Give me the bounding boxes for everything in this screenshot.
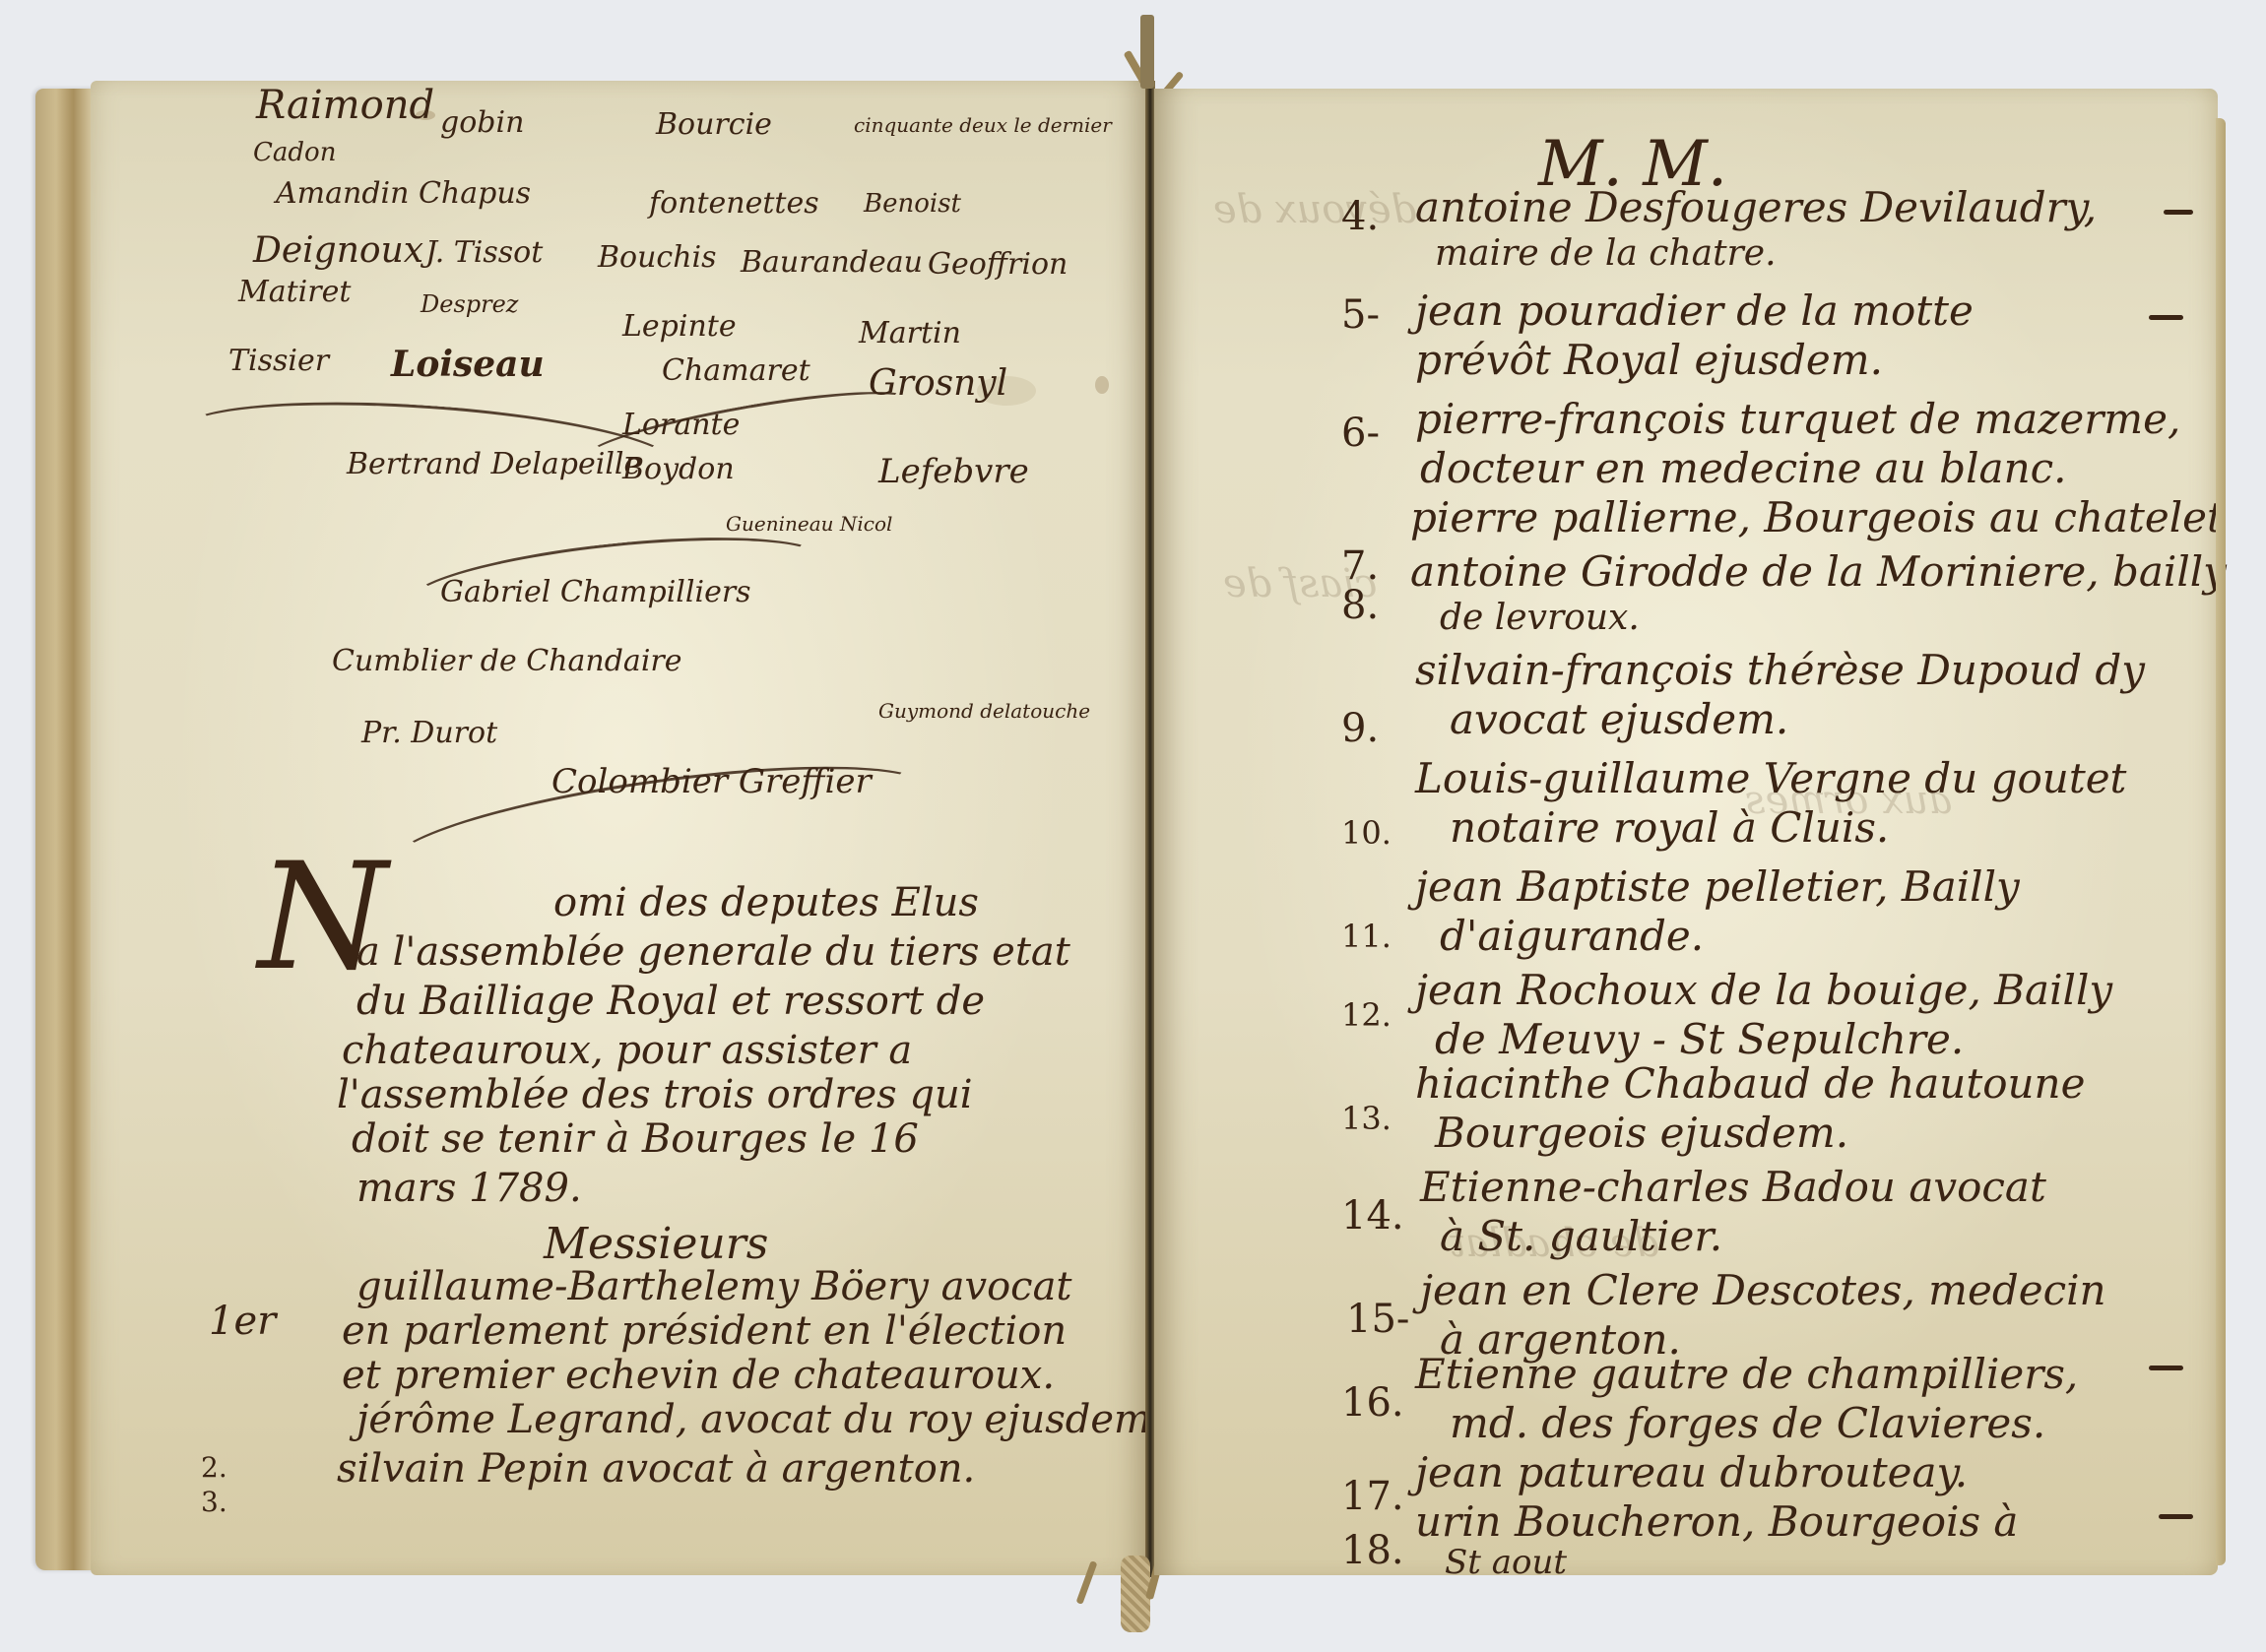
signature: Tissier (228, 347, 329, 376)
signature: Baurandeau (741, 248, 923, 278)
signature: cinquante deux le dernier (854, 115, 1112, 135)
signature: Bouchis (598, 243, 717, 273)
entry-number: 8. (1341, 586, 1379, 625)
signature: Pr. Durot (361, 719, 497, 748)
entry-line: jean pouradier de la motte (1415, 290, 1974, 332)
signature: Cumblier de Chandaire (332, 647, 682, 676)
entry-number: 10. (1341, 817, 1392, 849)
signature: J. Tissot (425, 238, 543, 268)
entry-number: 5- (1341, 295, 1380, 335)
entry-number: 12. (1341, 999, 1392, 1031)
signature: Guenineau Nicol (726, 514, 892, 534)
entry-line: de levroux. (1440, 601, 1640, 636)
entry-line: pierre pallierne, Bourgeois au chatelet (1410, 497, 2224, 539)
entry-line: de Meuvy - St Sepulchre. (1435, 1019, 1964, 1060)
signature: Desprez (421, 292, 518, 316)
signature: Lefebvre (878, 455, 1029, 488)
signature: gobin (440, 108, 524, 138)
entry-line: avocat ejusdem. (1450, 699, 1788, 740)
entry-line: en parlement président en l'élection (342, 1311, 1067, 1351)
entry-line: maire de la chatre. (1435, 236, 1777, 272)
entry-number: 4. (1341, 197, 1379, 236)
heading-line: doit se tenir à Bourges le 16 (352, 1119, 919, 1159)
signature: Raimond (256, 86, 434, 125)
heading-line: l'assemblée des trois ordres qui (337, 1075, 973, 1114)
heading-line: omi des deputes Elus (553, 883, 979, 922)
entry-line: jérôme Legrand, avocat du roy ejusdem. (356, 1400, 1164, 1439)
entry-line: à St. gaultier. (1440, 1216, 1722, 1257)
signature: Amandin Chapus (276, 179, 531, 209)
signature: Chamaret (662, 356, 810, 386)
entry-line: d'aigurande. (1440, 916, 1704, 957)
entry-number: 9. (1341, 709, 1379, 748)
entry-line: Bourgeois ejusdem. (1435, 1112, 1848, 1154)
entry-line: antoine Girodde de la Moriniere, bailly (1410, 551, 2227, 593)
entry-number: 17. (1341, 1477, 1404, 1516)
entry-line: Etienne-charles Badou avocat (1420, 1167, 2046, 1208)
entry-line: St aout (1445, 1546, 1567, 1579)
signature: Guymond delatouche (878, 701, 1090, 721)
signature: Loiseau (391, 347, 545, 382)
open-manuscript-book: Raimond gobin Bourcie cinquante deux le … (0, 0, 2266, 1652)
right-page: dévoux de ciasf de aux ormes de chadlat … (1154, 89, 2218, 1575)
entry-line: Etienne gautre de champilliers, (1415, 1354, 2078, 1395)
entry-number: 16. (1341, 1383, 1404, 1423)
signature: fontenettes (649, 189, 819, 219)
entry-number: 15- (1346, 1300, 1409, 1339)
heading-line: du Bailliage Royal et ressort de (356, 982, 985, 1021)
entry-line: silvain Pepin avocat à argenton. (337, 1449, 975, 1489)
entry-line: jean patureau dubrouteay. (1415, 1452, 1968, 1493)
entry-number: 11. (1341, 921, 1392, 952)
heading-line: mars 1789. (356, 1169, 582, 1208)
entry-line: md. des forges de Clavieres. (1450, 1403, 2045, 1444)
entry-line: jean Baptiste pelletier, Bailly (1415, 866, 2020, 908)
entry-line: et premier echevin de chateauroux. (342, 1356, 1055, 1395)
entry-number: 6- (1341, 413, 1380, 453)
entry-number: 7. (1341, 546, 1379, 586)
entry-number: 13. (1341, 1103, 1392, 1134)
signature: Geoffrion (928, 250, 1068, 280)
signature: Benoist (864, 191, 961, 217)
signature: Deignoux (253, 233, 423, 269)
binding-tab (1140, 15, 1154, 89)
entry-line: jean Rochoux de la bouige, Bailly (1415, 970, 2112, 1011)
entry-line: docteur en medecine au blanc. (1420, 448, 2067, 489)
signature: Bourcie (656, 110, 772, 140)
entry-line: antoine Desfougeres Devilaudry, (1415, 187, 2097, 228)
entry-line: hiacinthe Chabaud de hautoune (1415, 1063, 2085, 1105)
entry-line: urin Boucheron, Bourgeois à (1415, 1501, 2018, 1543)
heading-line: a l'assemblée generale du tiers etat (356, 932, 1070, 972)
entry-number: 14. (1341, 1196, 1404, 1236)
entry-number: 3. (201, 1489, 227, 1516)
entry-number: 1er (209, 1302, 276, 1341)
signature: Martin (859, 319, 961, 349)
entry-line: prévôt Royal ejusdem. (1415, 340, 1883, 381)
signature: Matiret (238, 278, 351, 307)
entry-line: notaire royal à Cluis. (1450, 807, 1889, 849)
entry-number: 18. (1341, 1531, 1404, 1570)
salutation: Messieurs (544, 1223, 768, 1266)
entry-line: guillaume-Barthelemy Böery avocat (356, 1267, 1071, 1306)
signature: Lepinte (622, 312, 737, 342)
entry-line: jean en Clere Descotes, medecin (1420, 1270, 2106, 1311)
signature: Cadon (253, 140, 336, 165)
left-page: Raimond gobin Bourcie cinquante deux le … (91, 81, 1148, 1575)
entry-line: silvain-françois thérèse Dupoud dy (1415, 650, 2145, 691)
heading-line: chateauroux, pour assister a (342, 1031, 912, 1070)
entry-line: Louis-guillaume Vergne du goutet (1415, 758, 2126, 799)
entry-line: pierre-françois turquet de mazerme, (1415, 399, 2180, 440)
entry-number: 2. (201, 1454, 227, 1482)
